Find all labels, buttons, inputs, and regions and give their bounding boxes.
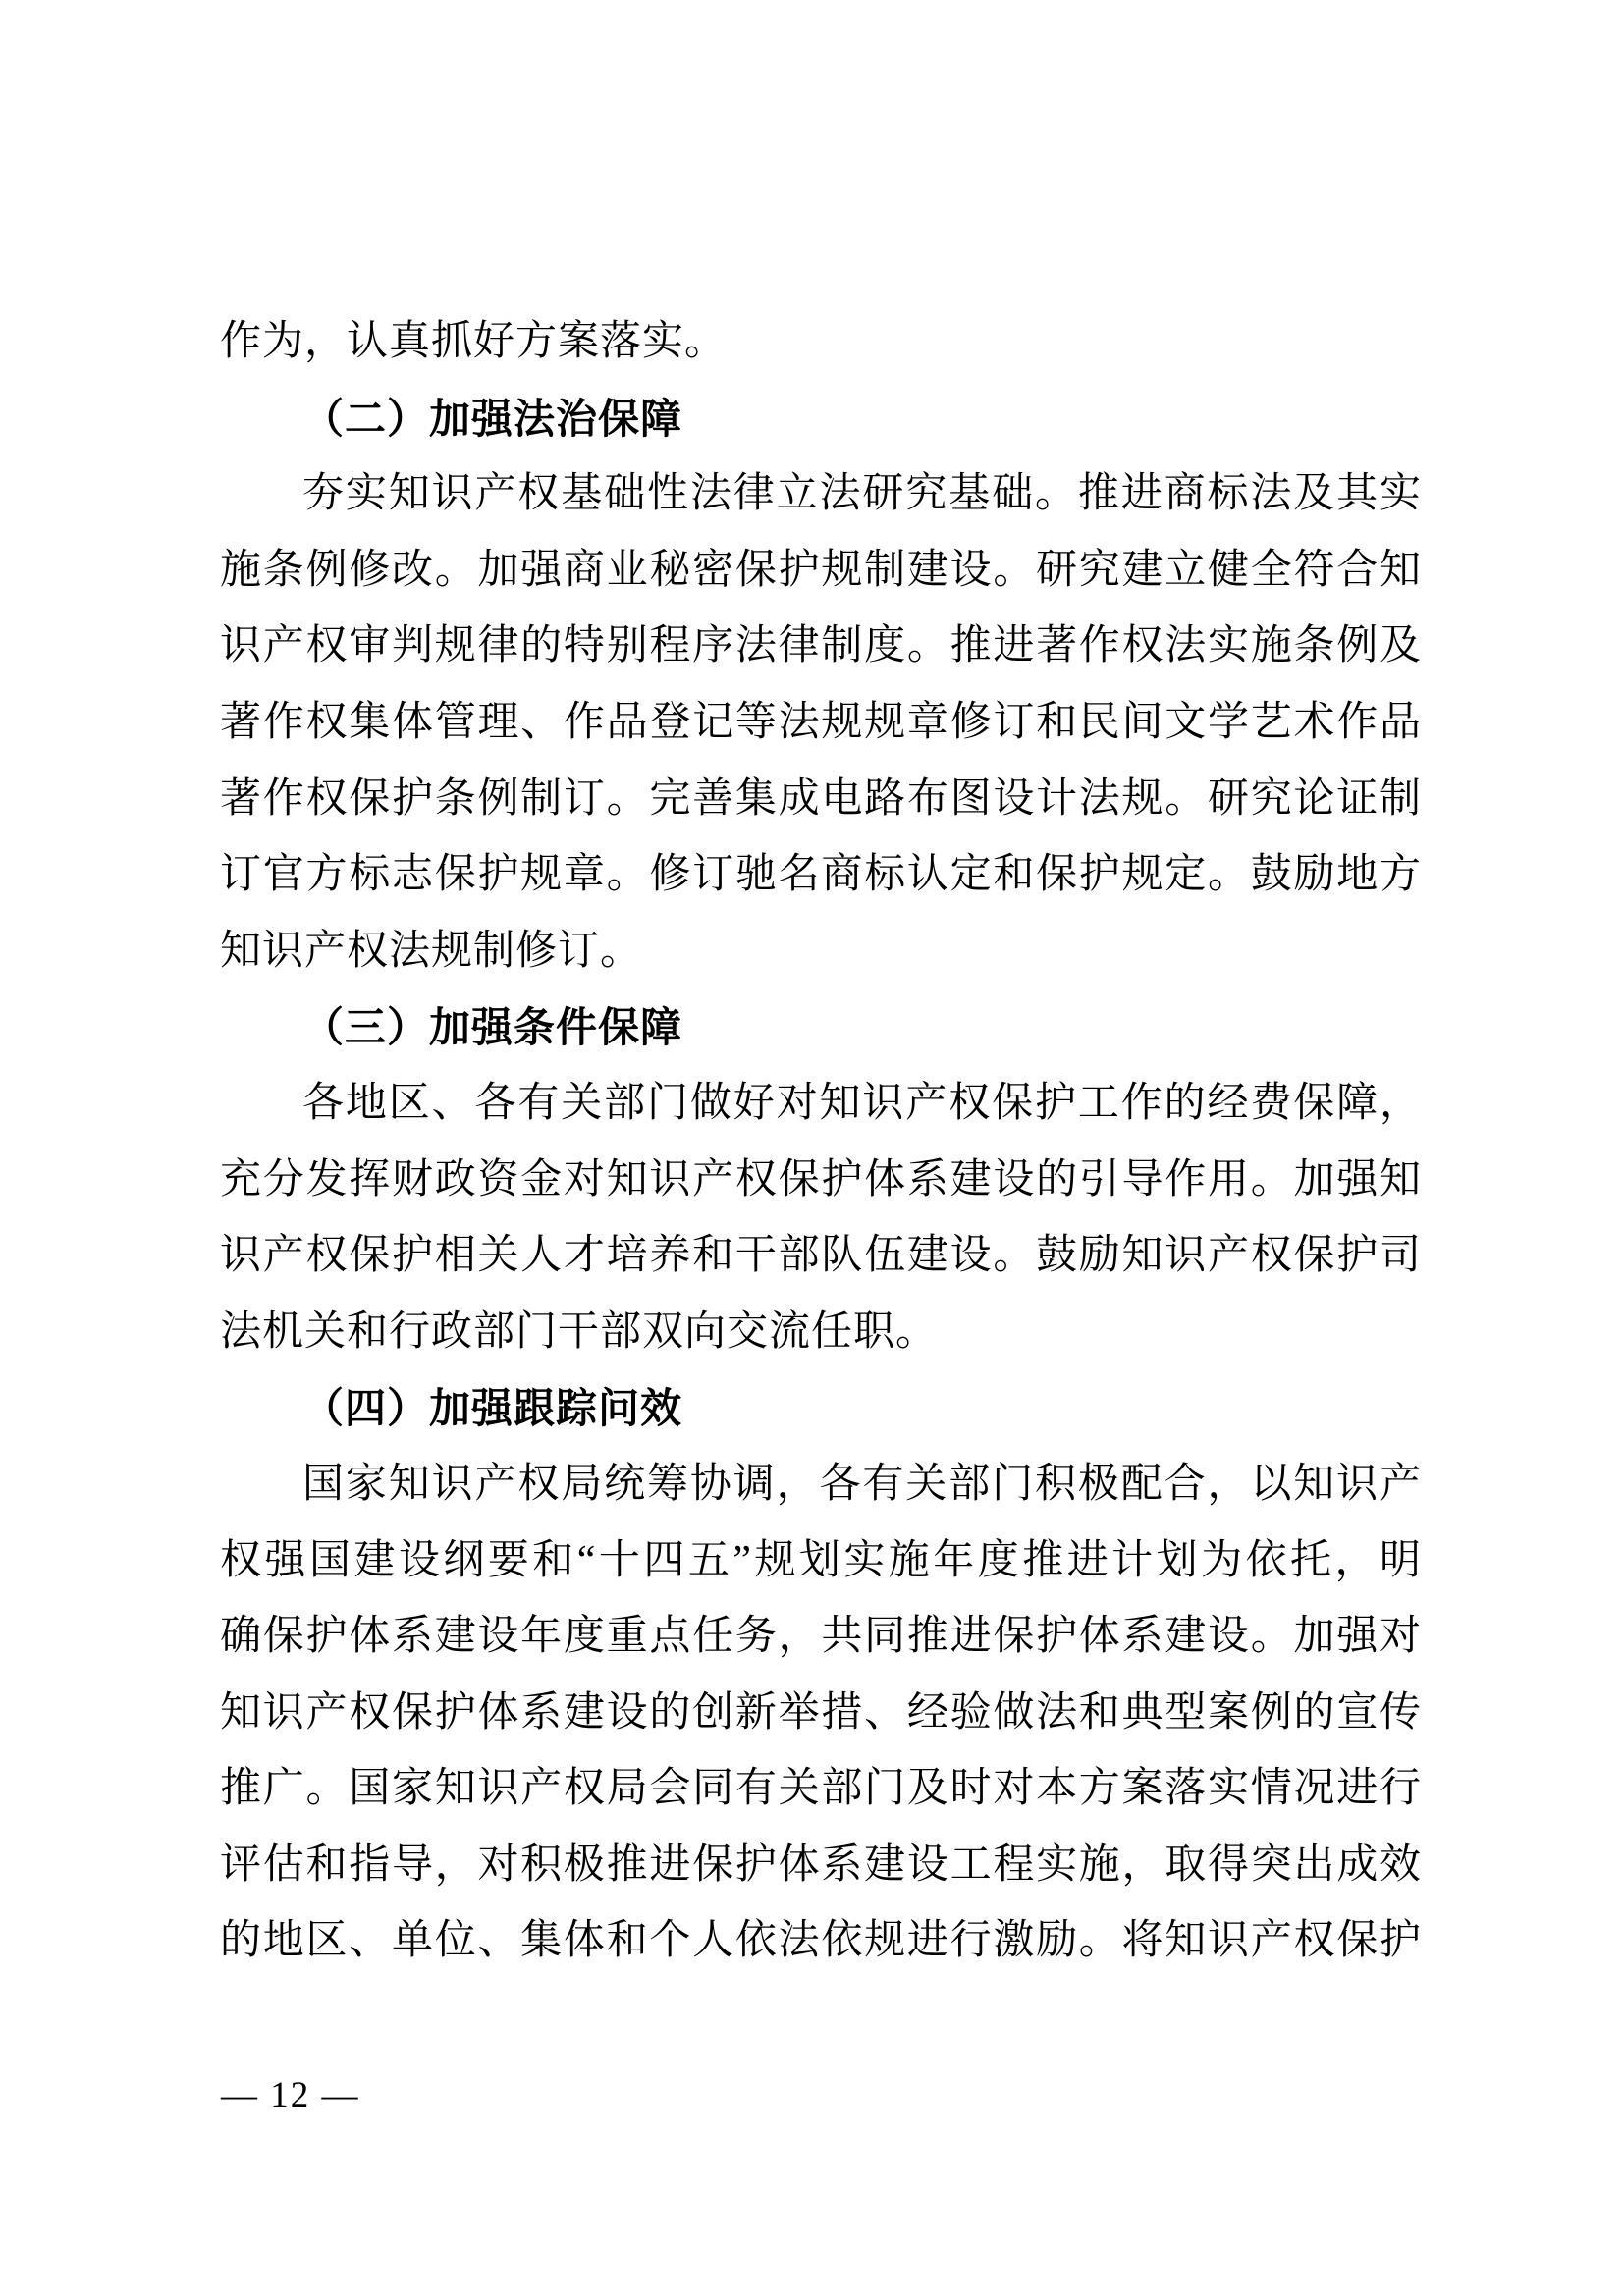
document-page: 作为，认真抓好方案落实。 （二）加强法治保障 夯实知识产权基础性法律立法研究基础… — [0, 0, 1624, 2296]
body-line: 订官方标志保护规章。修订驰名商标认定和保护规定。鼓励地方 — [220, 837, 1422, 914]
body-line: 充分发挥财政资金对知识产权保护体系建设的引导作用。加强知 — [220, 1143, 1422, 1219]
page-number: — 12 — — [221, 2073, 360, 2118]
body-line: 确保护体系建设年度重点任务，共同推进保护体系建设。加强对 — [220, 1599, 1422, 1676]
body-line: 知识产权法规制修订。 — [220, 914, 1422, 990]
body-line: 著作权保护条例制订。完善集成电路布图设计法规。研究论证制 — [220, 762, 1422, 838]
body-line: 识产权保护相关人才培养和干部队伍建设。鼓励知识产权保护司 — [220, 1218, 1422, 1295]
section-4-heading: （四）加强跟踪问效 — [220, 1370, 1422, 1447]
page-body-text: 作为，认真抓好方案落实。 （二）加强法治保障 夯实知识产权基础性法律立法研究基础… — [220, 304, 1422, 1980]
body-line: 权强国建设纲要和“十四五”规划实施年度推进计划为依托，明 — [220, 1523, 1422, 1600]
body-line: 夯实知识产权基础性法律立法研究基础。推进商标法及其实 — [220, 456, 1422, 533]
continuation-paragraph-line: 作为，认真抓好方案落实。 — [220, 304, 1422, 381]
section-2-heading: （二）加强法治保障 — [220, 381, 1422, 457]
body-line: 推广。国家知识产权局会同有关部门及时对本方案落实情况进行 — [220, 1751, 1422, 1828]
body-line: 评估和指导，对积极推进保护体系建设工程实施，取得突出成效 — [220, 1828, 1422, 1904]
body-line: 著作权集体管理、作品登记等法规规章修订和民间文学艺术作品 — [220, 685, 1422, 762]
body-line: 施条例修改。加强商业秘密保护规制建设。研究建立健全符合知 — [220, 533, 1422, 610]
body-line: 识产权审判规律的特别程序法律制度。推进著作权法实施条例及 — [220, 609, 1422, 685]
body-line: 的地区、单位、集体和个人依法依规进行激励。将知识产权保护 — [220, 1903, 1422, 1980]
section-3-heading: （三）加强条件保障 — [220, 989, 1422, 1066]
body-line: 知识产权保护体系建设的创新举措、经验做法和典型案例的宣传 — [220, 1676, 1422, 1752]
body-line: 各地区、各有关部门做好对知识产权保护工作的经费保障， — [220, 1066, 1422, 1143]
body-line: 国家知识产权局统筹协调，各有关部门积极配合，以知识产 — [220, 1447, 1422, 1523]
body-line: 法机关和行政部门干部双向交流任职。 — [220, 1295, 1422, 1371]
